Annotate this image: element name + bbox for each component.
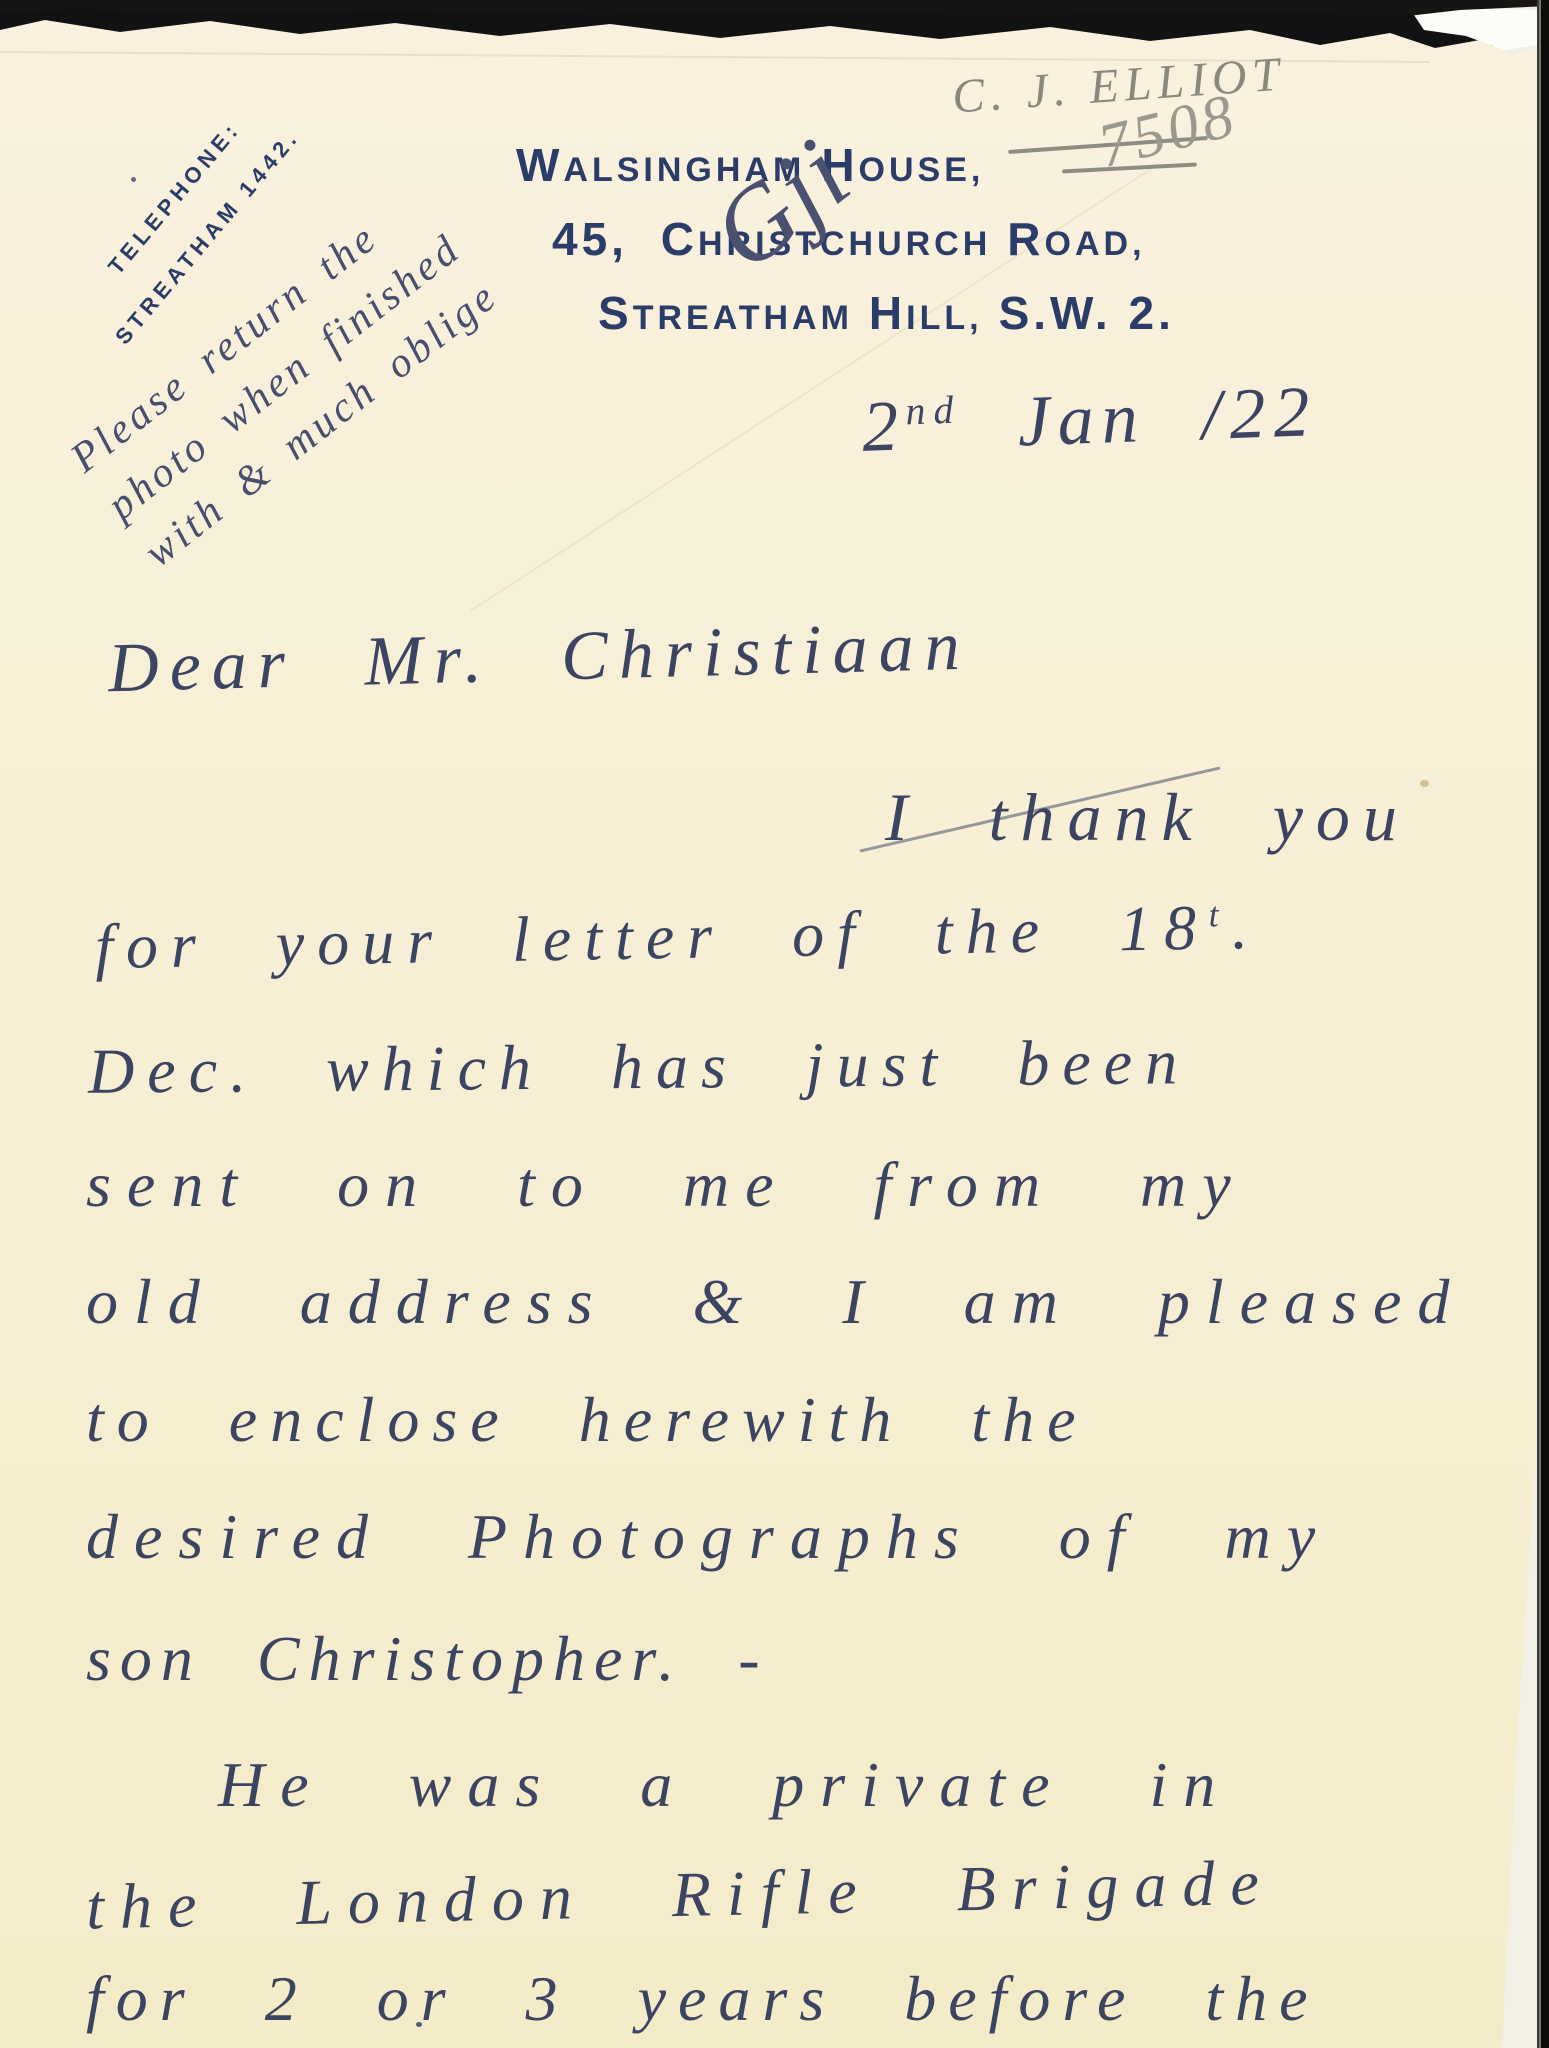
line-superscript: t xyxy=(1208,895,1231,934)
letterhead-word: HILL, xyxy=(869,316,983,333)
date-day: 2 xyxy=(861,385,908,466)
letter-line: son Christopher. - xyxy=(86,1622,769,1696)
letterhead-word: 45, xyxy=(552,242,645,259)
letter-line: Dec. which has just been xyxy=(88,1025,1191,1109)
letter-date: 2nd Jan /22 xyxy=(861,370,1319,469)
torn-edge-top xyxy=(0,0,1549,17)
date-ordinal: nd xyxy=(905,387,962,433)
letter-line: desired Photographs of my xyxy=(86,1500,1331,1574)
paper-stain xyxy=(1420,780,1429,787)
letter-line: for 2 or 3 years before the xyxy=(86,1962,1320,2036)
scanned-letter-page: TELEPHONE: STREATHAM 1442. WALSINGHAMHOU… xyxy=(0,0,1549,2048)
letterhead-word: ROAD, xyxy=(1007,242,1145,259)
letterhead-word: STREATHAM xyxy=(598,316,853,333)
letterhead-word: S.W. 2. xyxy=(999,316,1175,333)
letter-line: old address & I am pleased xyxy=(86,1265,1465,1339)
letter-line: He was a private in xyxy=(218,1748,1231,1822)
letter-line-thank: I thank you xyxy=(885,778,1410,857)
scan-edge-right xyxy=(1537,0,1549,2048)
line-text: . xyxy=(1231,891,1261,962)
letterhead-address-line-3: STREATHAMHILL,S.W. 2. xyxy=(598,286,1191,340)
date-rest: Jan /22 xyxy=(960,371,1319,463)
letter-line: to enclose herewith the xyxy=(86,1383,1088,1457)
letter-line: sent on to me from my xyxy=(86,1148,1247,1222)
ink-speck xyxy=(131,177,136,182)
